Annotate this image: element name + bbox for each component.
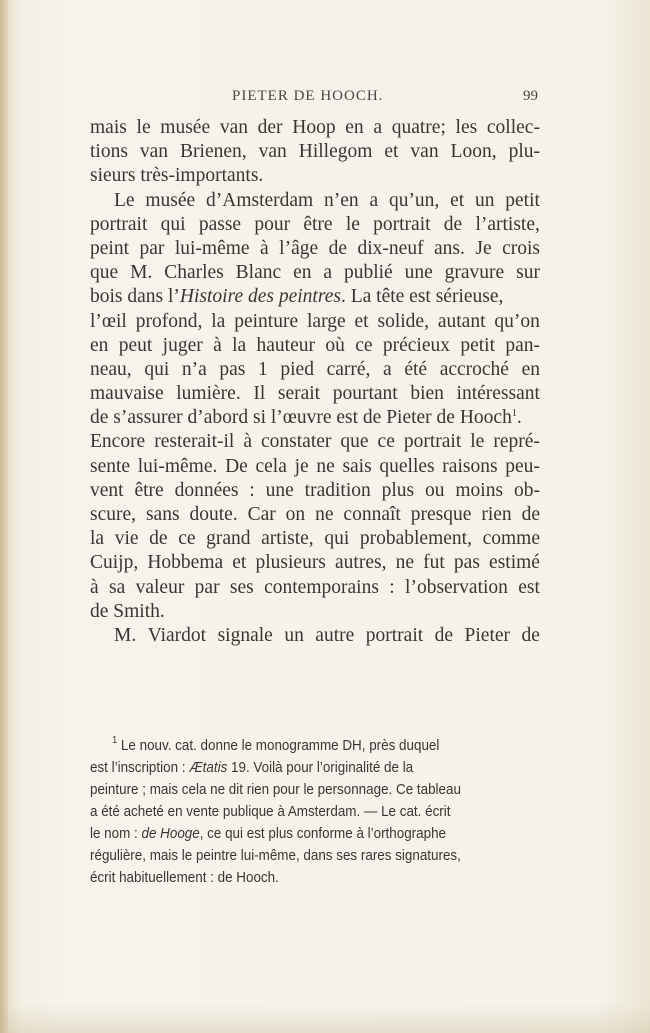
word: valeur (136, 576, 185, 600)
word: Hillegom (299, 140, 373, 164)
word: en (293, 261, 311, 285)
running-head-title: PIETER DE HOOCH. (232, 88, 383, 105)
word: lui-même. (138, 455, 218, 479)
page-number: 99 (523, 88, 538, 105)
page-gutter-edge (0, 0, 8, 1033)
word: Loon, (451, 140, 497, 164)
word: lumière. (176, 382, 240, 406)
word: le (470, 430, 484, 454)
word: quatre; (392, 116, 446, 140)
word: en (522, 358, 540, 382)
word: être (134, 479, 163, 503)
word: Hobbema (147, 551, 223, 575)
text-line: queM.CharlesBlancenapubliéunegravuresur (90, 261, 540, 285)
word: ne (316, 455, 334, 479)
word: carré, (327, 358, 371, 382)
word: plu- (509, 140, 540, 164)
word: grand (206, 527, 250, 551)
book-title-italic: Histoire des peintres (180, 286, 341, 307)
text-run: , ce qui est plus conforme à l’orthograp… (200, 826, 446, 842)
word: à (213, 334, 222, 358)
word: Car (248, 503, 276, 527)
text-line: Encoreresterait-ilàconstaterqueceportrai… (90, 430, 540, 454)
word: van (410, 140, 438, 164)
word: connaît (343, 503, 400, 527)
word: ob- (514, 479, 540, 503)
word: et (450, 189, 464, 213)
word: intéressant (457, 382, 540, 406)
word: ou (425, 479, 445, 503)
word: fut (423, 551, 445, 575)
text-run: est l’inscription : (90, 760, 189, 776)
word: de (435, 624, 453, 648)
footnotes: 1 Le nouv. cat. donne le monogramme DH, … (90, 735, 499, 889)
word: sur (516, 261, 540, 285)
paragraph-start-line: M.ViardotsignaleunautreportraitdePieterd… (90, 624, 540, 648)
word: dix-neuf (358, 237, 424, 261)
word: pas (219, 358, 245, 382)
word: a (373, 116, 382, 140)
word: : (389, 576, 394, 600)
word: serait (278, 382, 320, 406)
running-head: PIETER DE HOOCH. 99 (90, 88, 540, 110)
word: le (346, 213, 360, 237)
word: est (518, 576, 540, 600)
text-line-content: de s’assurer d’abord si l’œuvre est de P… (90, 406, 522, 430)
word: Brienen, (180, 140, 247, 164)
word: précieux (383, 334, 450, 358)
word: qui (161, 213, 186, 237)
word: neau, (90, 358, 132, 382)
word: qui (324, 527, 349, 551)
footnote-line: peinture ; mais cela ne dit rien pour le… (90, 779, 535, 801)
word: quelles (379, 455, 434, 479)
word: de (329, 237, 347, 261)
word: crois (502, 237, 540, 261)
word: cela (256, 455, 287, 479)
word: autres, (335, 551, 386, 575)
word: contemporains (264, 576, 379, 600)
word: De (225, 455, 248, 479)
footnote-line: est l’inscription : Ætatis 19. Voilà pou… (90, 757, 535, 779)
word: je (295, 455, 309, 479)
word: et (355, 310, 369, 334)
word: ce (378, 430, 395, 454)
word: Le (114, 189, 135, 213)
text-line: l’œilprofond,lapeinturelargeetsolide,aut… (90, 310, 540, 334)
body-text: maislemuséevanderHoopenaquatre;lescollec… (90, 116, 540, 648)
word: être (303, 213, 332, 237)
word: signale (218, 624, 273, 648)
word: un (284, 624, 304, 648)
word: sais (342, 455, 371, 479)
word: sa (109, 576, 125, 600)
text-line: peintparlui-mêmeàl’âgededix-neufans.Jecr… (90, 237, 540, 261)
word: plusieurs (255, 551, 325, 575)
word: de (522, 624, 540, 648)
word: rien (481, 503, 511, 527)
text-line: portraitquipassepourêtreleportraitdel’ar… (90, 213, 540, 237)
word: Pieter (465, 624, 510, 648)
word: publié (344, 261, 393, 285)
word: données (175, 479, 239, 503)
word: petit (505, 189, 540, 213)
footnote-content: 1 Le nouv. cat. donne le monogramme DH, … (112, 735, 439, 757)
word: qu’un, (389, 189, 439, 213)
text-line: tionsvanBrienen,vanHillegometvanLoon,plu… (90, 140, 540, 164)
word: qu’on (494, 310, 540, 334)
word: peint (90, 237, 129, 261)
word: sans (146, 503, 180, 527)
word: portrait (373, 213, 430, 237)
word: accroché (440, 358, 509, 382)
word: scure, (90, 503, 136, 527)
footnote-line: régulière, mais le peintre lui-même, dan… (90, 845, 535, 867)
word: Cuijp, (90, 551, 138, 575)
word: de (522, 503, 540, 527)
word: l’observation (405, 576, 508, 600)
word: Hoop (292, 116, 335, 140)
word: que (340, 430, 368, 454)
text-run: 19. Voilà pour l’originalité de la (227, 760, 413, 776)
footnote-line: a été acheté en vente publique à Amsterd… (90, 801, 535, 823)
text-run: bois dans l’ (90, 286, 180, 307)
word: van (259, 140, 287, 164)
word: une (405, 261, 433, 285)
text-line: enpeutjugeràlahauteuroùceprécieuxpetitpa… (90, 334, 540, 358)
word: à (243, 430, 252, 454)
word: repré- (493, 430, 540, 454)
word: comme (483, 527, 540, 551)
text-run: Le nouv. cat. donne le monogramme DH, pr… (121, 738, 439, 754)
word: les (456, 116, 478, 140)
word: à (90, 576, 99, 600)
word: pour (254, 213, 290, 237)
text-run: de s’assurer d’abord si l’œuvre est de P… (90, 407, 512, 428)
word: que (90, 261, 118, 285)
word: l’œil (90, 310, 127, 334)
word: Il (253, 382, 265, 406)
word: on (286, 503, 306, 527)
word: presque (411, 503, 472, 527)
text-line: de s’assurer d’abord si l’œuvre est de P… (90, 406, 540, 430)
word: pas (454, 551, 480, 575)
word: et (232, 551, 246, 575)
word: sente (90, 455, 130, 479)
word: la (90, 527, 104, 551)
word: où (325, 334, 345, 358)
text-line: laviedecegrandartiste,quiprobablement,co… (90, 527, 540, 551)
word: la (211, 310, 225, 334)
footnote-content: le nom : de Hooge, ce qui est plus confo… (90, 823, 446, 845)
word: estimé (489, 551, 540, 575)
word: en (345, 116, 363, 140)
word: un (475, 189, 495, 213)
word: Je (475, 237, 491, 261)
word: ce (355, 334, 372, 358)
word: ce (178, 527, 195, 551)
text-line: ventêtredonnées:unetraditionplusoumoinso… (90, 479, 540, 503)
word: lui-même (175, 237, 250, 261)
word: ne (315, 503, 333, 527)
word: l’âge (279, 237, 318, 261)
word: artiste, (261, 527, 314, 551)
word: tions (90, 140, 128, 164)
text-line: àsavaleurparsescontemporains:l’observati… (90, 576, 540, 600)
word: musée (145, 189, 195, 213)
word: M. (114, 624, 136, 648)
text-run: . La tête est sérieuse, (341, 286, 503, 307)
word: pourtant (333, 382, 398, 406)
word: et (384, 140, 398, 164)
word: Blanc (236, 261, 281, 285)
word: 1 (258, 358, 268, 382)
word: ne (396, 551, 414, 575)
text-run: . (517, 407, 522, 428)
word: été (404, 358, 427, 382)
word: a (369, 189, 378, 213)
word: mauvaise (90, 382, 164, 406)
word: portrait (404, 430, 461, 454)
text-line: neau,quin’apas1piedcarré,aétéaccrochéen (90, 358, 540, 382)
word: petit (460, 334, 495, 358)
text-line: sentelui-même.Decelajenesaisquellesraiso… (90, 455, 540, 479)
word: peinture (234, 310, 298, 334)
word: peu- (505, 455, 540, 479)
word: le (137, 116, 151, 140)
word: ses (230, 576, 254, 600)
word: constater (261, 430, 331, 454)
word: probablement, (360, 527, 472, 551)
word: Encore (90, 430, 145, 454)
word: large (307, 310, 346, 334)
text-line: bois dans l’Histoire des peintres. La tê… (90, 285, 540, 309)
footnote-marker: 1 (112, 735, 117, 746)
word: M. (130, 261, 152, 285)
text-line: de Smith. (90, 600, 540, 624)
text-line: sieurs très-importants. (90, 164, 540, 188)
word: plus (382, 479, 415, 503)
name-variant-italic: de Hooge (141, 826, 199, 842)
word: de (149, 527, 167, 551)
word: a (323, 261, 332, 285)
text-run: le nom : (90, 826, 141, 842)
word: n’a (182, 358, 207, 382)
footnote-line: écrit habituellement : de Hooch. (90, 867, 535, 889)
word: peut (119, 334, 153, 358)
text-line: maislemuséevanderHoopenaquatre;lescollec… (90, 116, 540, 140)
word: juger (163, 334, 203, 358)
word: ans. (434, 237, 465, 261)
word: tradition (305, 479, 371, 503)
word: portrait (90, 213, 147, 237)
word: par (139, 237, 164, 261)
word: vent (90, 479, 124, 503)
word: collec- (487, 116, 540, 140)
word: autant (438, 310, 486, 334)
word: resterait-il (154, 430, 234, 454)
word: Charles (164, 261, 224, 285)
word: une (266, 479, 294, 503)
word: par (195, 576, 220, 600)
word: mais (90, 116, 127, 140)
latin-inscription-italic: Ætatis (189, 760, 227, 776)
word: à (260, 237, 269, 261)
word: n’en (324, 189, 359, 213)
word: profond, (136, 310, 203, 334)
word: d’Amsterdam (206, 189, 313, 213)
text-line: mauvaiselumière.Ilseraitpourtantbieninté… (90, 382, 540, 406)
word: portrait (366, 624, 423, 648)
footnote-line: 1 Le nouv. cat. donne le monogramme DH, … (90, 735, 557, 757)
paragraph-start-line: Lemuséed’Amsterdamn’enaqu’un,etunpetit (90, 189, 540, 213)
text-line: Cuijp,Hobbemaetplusieursautres,nefutpase… (90, 551, 540, 575)
word: gravure (445, 261, 505, 285)
word: passe (199, 213, 241, 237)
word: en (90, 334, 108, 358)
word: la (232, 334, 246, 358)
text-line: scure,sansdoute.Caronneconnaîtpresquerie… (90, 503, 540, 527)
word: pied (280, 358, 314, 382)
word: hauteur (257, 334, 315, 358)
word: van (220, 116, 248, 140)
text-line-content: bois dans l’Histoire des peintres. La tê… (90, 285, 503, 309)
word: van (140, 140, 168, 164)
word: pan- (505, 334, 540, 358)
word: bien (410, 382, 444, 406)
word: moins (455, 479, 503, 503)
book-page: PIETER DE HOOCH. 99 maislemuséevanderHoo… (0, 0, 650, 1033)
word: Viardot (148, 624, 206, 648)
word: autre (315, 624, 354, 648)
word: a (383, 358, 392, 382)
word: solide, (377, 310, 428, 334)
footnote-line: le nom : de Hooge, ce qui est plus confo… (90, 823, 535, 845)
word: raisons (442, 455, 497, 479)
word: der (258, 116, 283, 140)
word: qui (144, 358, 169, 382)
footnote-content: est l’inscription : Ætatis 19. Voilà pou… (90, 757, 413, 779)
word: de (444, 213, 462, 237)
word: l’artiste, (475, 213, 539, 237)
word: musée (160, 116, 210, 140)
word: vie (115, 527, 139, 551)
word: : (249, 479, 254, 503)
word: doute. (189, 503, 237, 527)
